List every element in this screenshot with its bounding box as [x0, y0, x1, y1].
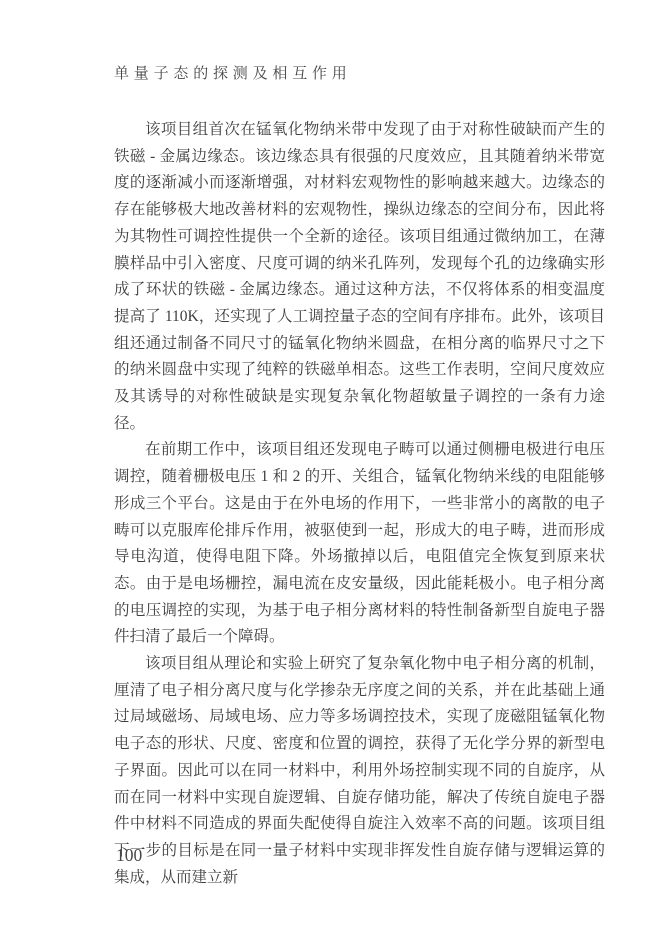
document-page: 单量子态的探测及相互作用 该项目组首次在锰氧化物纳米带中发现了由于对称性破缺而产… [0, 0, 666, 930]
page-number: 100 [116, 845, 142, 866]
paragraph: 该项目组首次在锰氧化物纳米带中发现了由于对称性破缺而产生的铁磁 - 金属边缘态。… [114, 117, 605, 437]
running-header: 单量子态的探测及相互作用 [114, 62, 352, 83]
paragraph: 该项目组从理论和实验上研究了复杂氧化物中电子相分离的机制，厘清了电子相分离尺度与… [114, 651, 605, 891]
document-body: 该项目组首次在锰氧化物纳米带中发现了由于对称性破缺而产生的铁磁 - 金属边缘态。… [114, 117, 605, 891]
paragraph: 在前期工作中，该项目组还发现电子畴可以通过侧栅电极进行电压调控，随着栅极电压 1… [114, 437, 605, 651]
